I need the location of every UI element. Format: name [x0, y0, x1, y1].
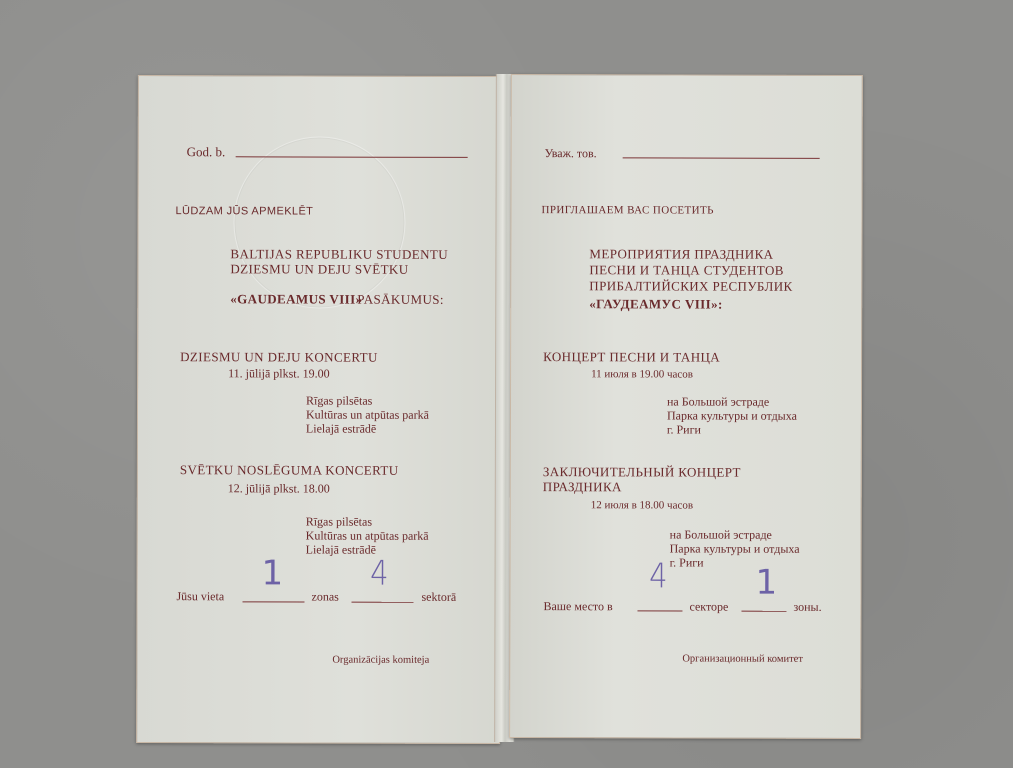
handwritten-zone-number: 1: [755, 566, 777, 600]
event-1-venue-line-1: Rīgas pilsētas: [306, 394, 372, 406]
title-line-3: ПРИБАЛТИЙСКИХ РЕСПУБЛИК: [589, 279, 792, 293]
event-2-title: SVĒTKU NOSLĒGUMA KONCERTU: [180, 463, 399, 477]
salutation-label: Уваж. тов.: [545, 147, 597, 159]
seat-label-middle: секторе: [689, 601, 728, 613]
zone-blank-line: [741, 611, 786, 612]
right-page-russian: Уваж. тов. ПРИГЛАШАЕМ ВАС ПОСЕТИТЬ МЕРОП…: [509, 74, 863, 739]
sector-blank-line: [351, 602, 413, 603]
event-2-datetime: 12. jūlijā plkst. 18.00: [228, 482, 330, 494]
event-2-venue-line-3: г. Риги: [670, 556, 704, 568]
handwritten-zone-number: 1: [262, 556, 284, 590]
signature-committee: Организационный комитет: [682, 654, 803, 665]
title-line-2: DZIESMU UN DEJU SVĒTKU: [230, 262, 408, 275]
event-1-datetime: 11. jūlijā plkst. 19.00: [228, 367, 330, 379]
event-2-venue-line-2: Парка культуры и отдыха: [670, 542, 800, 554]
event-1-title: КОНЦЕРТ ПЕСНИ И ТАНЦА: [543, 350, 720, 363]
seat-label-suffix: зоны.: [793, 601, 821, 613]
event-2-datetime: 12 июля в 18.00 часов: [591, 500, 693, 511]
festival-name: «GAUDEAMUS VIII»: [230, 292, 362, 305]
embossed-seal: [233, 136, 405, 308]
event-2-title-line-1: ЗАКЛЮЧИТЕЛЬНЫЙ КОНЦЕРТ: [543, 465, 741, 479]
title-line-2: ПЕСНИ И ТАНЦА СТУДЕНТОВ: [589, 263, 784, 277]
left-page-latvian: God. b. LŪDZAM JŪS APMEKLĒT BALTIJAS REP…: [136, 75, 502, 744]
seat-label-prefix: Jūsu vieta: [176, 590, 224, 602]
event-1-venue-line-2: Парка культуры и отдыха: [667, 409, 797, 421]
title-line-1: МЕРОПРИЯТИЯ ПРАЗДНИКА: [589, 247, 773, 260]
festival-suffix: PASĀKUMUS:: [357, 293, 444, 306]
invite-heading: LŪDZAM JŪS APMEKLĒT: [175, 206, 313, 217]
signature-committee: Organizācijas komiteja: [332, 656, 429, 667]
event-2-venue-line-3: Lielajā estrādē: [306, 543, 376, 555]
sector-blank-line: [637, 610, 682, 611]
event-1-venue-line-1: на Большой эстраде: [667, 395, 769, 407]
invitation-card: God. b. LŪDZAM JŪS APMEKLĒT BALTIJAS REP…: [136, 73, 861, 741]
seat-label-middle: zonas: [311, 591, 338, 603]
event-1-datetime: 11 июля в 19.00 часов: [591, 369, 693, 380]
handwritten-sector-number: 4: [370, 557, 388, 591]
handwritten-sector-number: 4: [649, 559, 667, 593]
event-2-title-line-2: ПРАЗДНИКА: [543, 480, 622, 493]
title-line-1: BALTIJAS REPUBLIKU STUDENTU: [230, 247, 448, 261]
event-2-venue-line-1: на Большой эстраде: [670, 528, 772, 540]
event-1-title: DZIESMU UN DEJU KONCERTU: [180, 350, 378, 364]
event-1-venue-line-3: г. Риги: [667, 423, 701, 435]
seat-label-prefix: Ваше место в: [543, 600, 612, 612]
event-1-venue-line-2: Kultūras un atpūtas parkā: [306, 408, 429, 420]
festival-name: «ГАУДЕАМУС VIII»:: [589, 297, 723, 310]
event-2-venue-line-1: Rīgas pilsētas: [306, 515, 372, 527]
event-2-venue-line-2: Kultūras un atpūtas parkā: [306, 529, 429, 541]
salutation-label: God. b.: [187, 145, 226, 158]
zone-blank-line: [242, 601, 304, 602]
name-blank-line: [623, 157, 820, 159]
seat-label-suffix: sektorā: [421, 591, 456, 603]
event-1-venue-line-3: Lielajā estrādē: [306, 422, 376, 434]
invite-heading: ПРИГЛАШАЕМ ВАС ПОСЕТИТЬ: [541, 205, 713, 216]
